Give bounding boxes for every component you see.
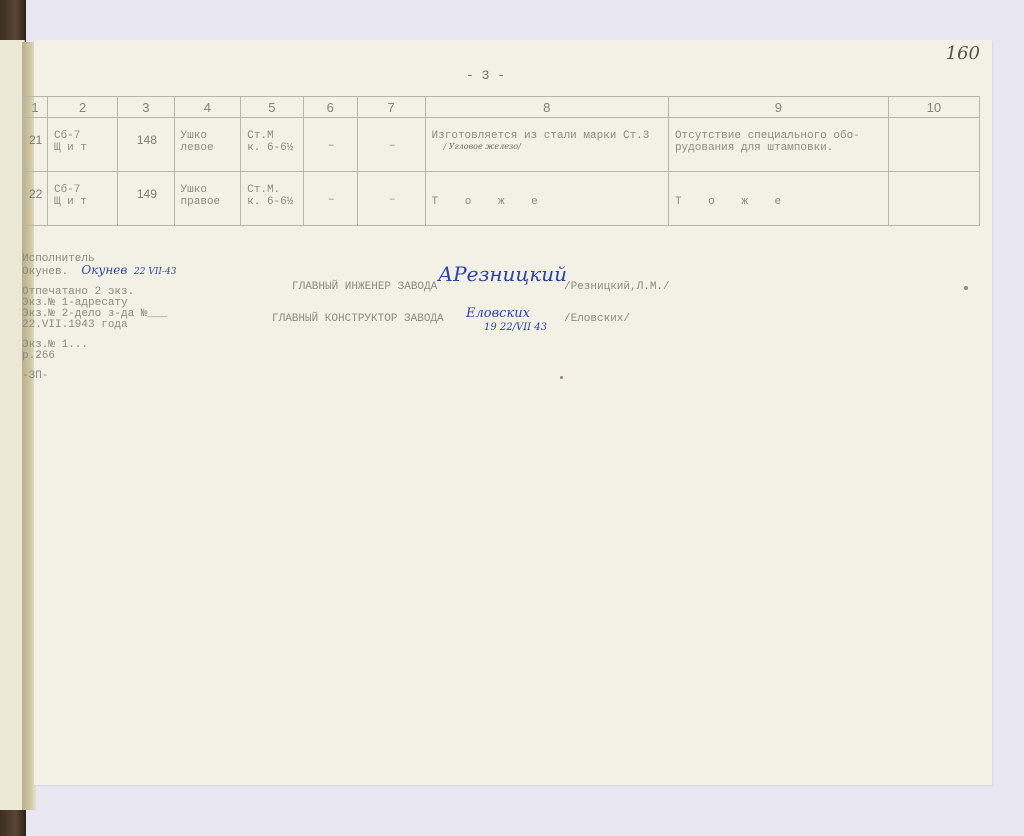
handwritten-note: / Угловое железо/ [426,142,668,151]
col6-value: – [304,118,357,152]
assembly-code: Сб-7 Щ и т [48,118,117,154]
material: Ст.М. к. 6-6½ [241,172,303,208]
header-col-9: 9 [668,97,888,118]
table-row: 22 Сб-7 Щ и т 149 Ушко правое Ст.М. к. 6… [23,172,980,226]
executor-signature: Окунев [81,263,127,277]
page-number: - 3 - [466,68,505,83]
table-header-row: 1 2 3 4 5 6 7 8 9 10 [23,97,980,118]
manufacturing-note: Т о ж е [426,172,668,208]
assembly-code: Сб-7 Щ и т [48,172,117,208]
header-col-10: 10 [888,97,979,118]
document-page: 160 - 3 - 1 2 3 4 5 6 7 8 9 10 21 Сб-7 Щ… [34,40,992,785]
table-row: 21 Сб-7 Щ и т 148 Ушко левое Ст.М к. 6-6… [23,118,980,172]
manufacturing-note: Изготовляется из стали марки Ст.3 [426,118,668,142]
part-name: Ушко левое [175,118,241,154]
executor-sign-date: 22 VII-43 [134,267,176,277]
reason-note: Т о ж е [669,172,888,208]
header-col-8: 8 [425,97,668,118]
col7-value: – [358,118,425,152]
header-col-7: 7 [357,97,425,118]
paper-mark [560,376,563,379]
chief-engineer-name: /Резницкий,Л.М./ [564,281,670,293]
parts-table: 1 2 3 4 5 6 7 8 9 10 21 Сб-7 Щ и т 148 У… [22,96,980,226]
row-number: 22 [23,172,47,200]
header-col-1: 1 [23,97,48,118]
material: Ст.М к. 6-6½ [241,118,303,154]
col10-value [889,172,979,184]
part-number: 149 [118,172,173,200]
paper-mark [964,286,968,290]
chief-designer-title: ГЛАВНЫЙ КОНСТРУКТОР ЗАВОДА [272,313,444,325]
chief-engineer-title: ГЛАВНЫЙ ИНЖЕНЕР ЗАВОДА [292,281,437,293]
distribution-block: Исполнитель Окунев. Окунев 22 VII-43 Отп… [22,254,176,382]
chief-designer-signature: Еловских [466,306,530,321]
header-col-5: 5 [241,97,304,118]
col10-value [889,118,979,130]
chief-designer-sign-date: 19 22/VII 43 [484,322,547,333]
header-col-4: 4 [174,97,241,118]
chief-engineer-signature: АРезницкий [438,262,567,286]
chief-designer-name: /Еловских/ [564,313,630,325]
header-col-3: 3 [118,97,174,118]
col7-value: – [358,172,425,206]
footer-marker: -ЗП- [22,371,176,382]
folio-number: 160 [946,43,980,64]
document-date: 22.VII.1943 года [22,320,176,331]
registration-number: р.266 [22,351,176,362]
header-col-2: 2 [47,97,117,118]
part-name: Ушко правое [175,172,241,208]
col6-value: – [304,172,357,206]
executor-name: Окунев. [22,266,68,278]
reason-note: Отсутствие специального обо- рудования д… [669,118,888,154]
executor-line: Окунев. Окунев 22 VII-43 [22,265,176,278]
row-number: 21 [23,118,47,146]
part-number: 148 [118,118,173,146]
header-col-6: 6 [303,97,357,118]
